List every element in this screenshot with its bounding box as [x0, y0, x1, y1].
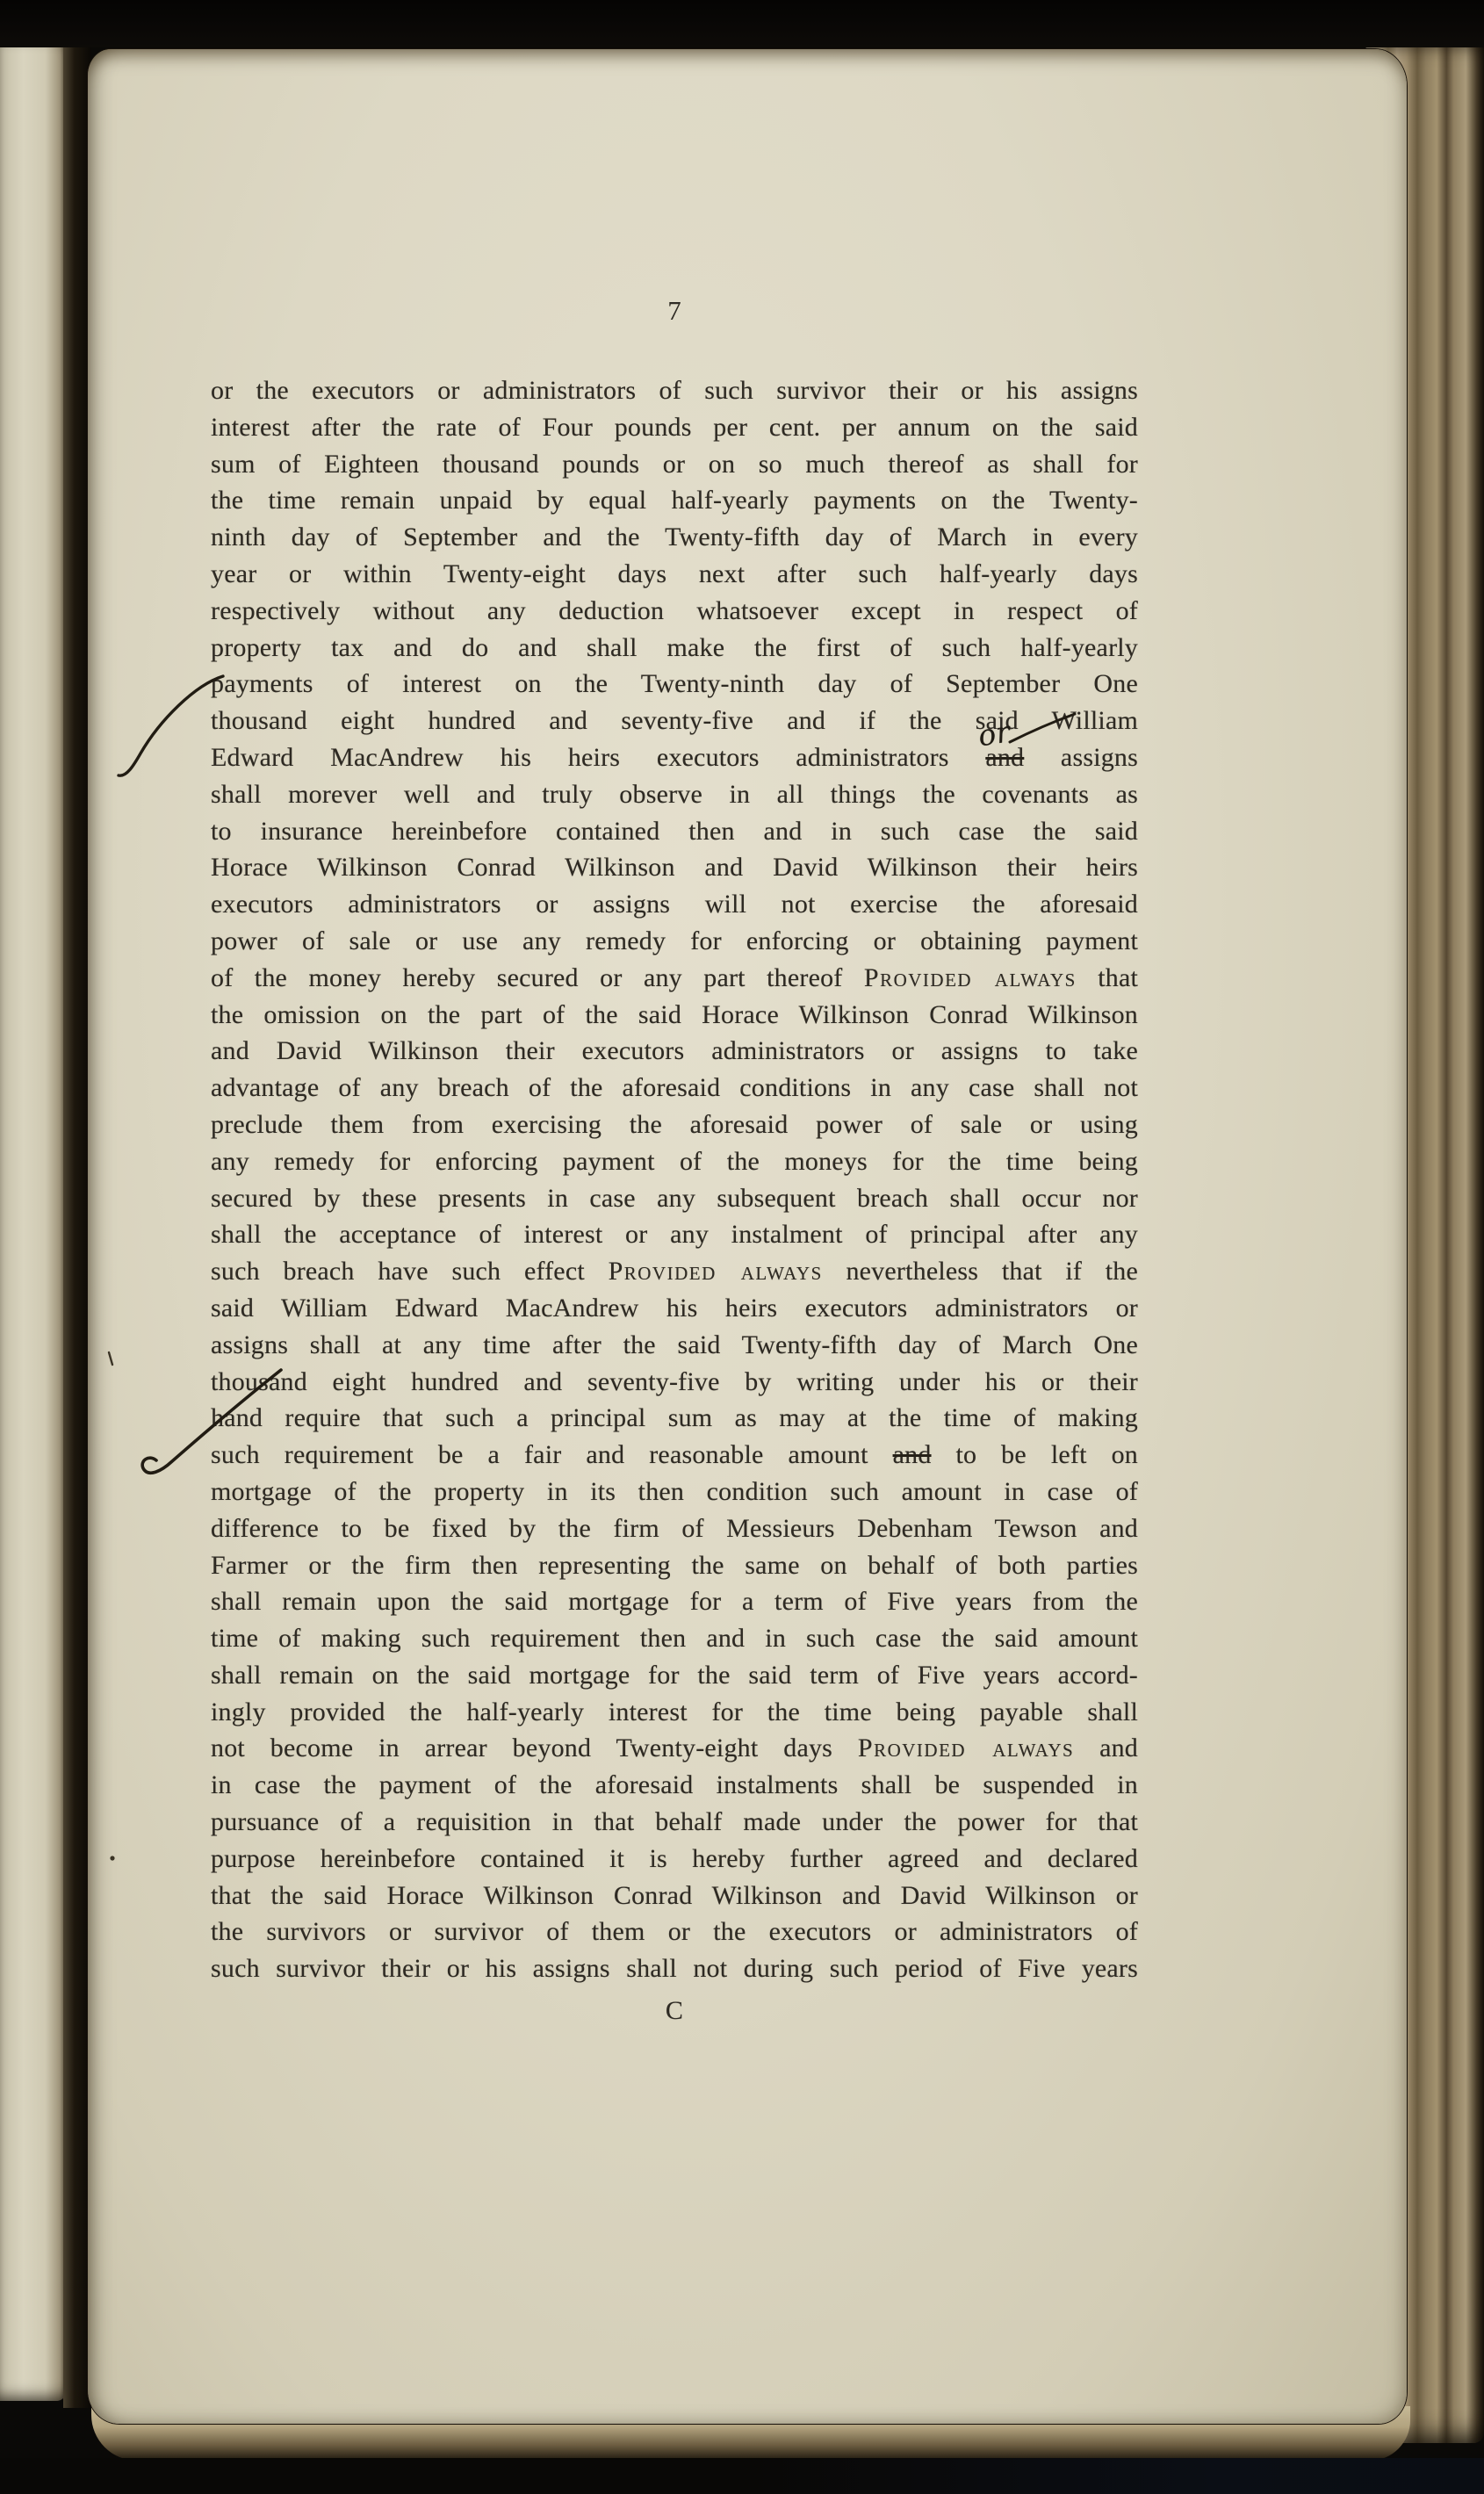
text-segment: assigns [1024, 743, 1138, 772]
text-line: year or within Twenty-eight days next af… [211, 556, 1138, 593]
text-line: in case the payment of the aforesaid ins… [211, 1767, 1138, 1804]
text-line: secured by these presents in case any su… [211, 1180, 1138, 1217]
text-segment: preclude them from exercising the afores… [211, 1110, 1138, 1139]
text-line: pursuance of a requisition in that behal… [211, 1804, 1138, 1841]
text-segment: of the money hereby secured or any part … [211, 963, 864, 992]
text-segment: shall the acceptance of interest or any … [211, 1220, 1138, 1249]
small-caps-phrase: Provided always [858, 1734, 1074, 1762]
text-segment: mortgage of the property in its then con… [211, 1477, 1138, 1506]
text-segment: such requirement be a fair and reasonabl… [211, 1440, 893, 1469]
text-line: that the said Horace Wilkinson Conrad Wi… [211, 1878, 1138, 1914]
text-line: said William Edward MacAndrew his heirs … [211, 1290, 1138, 1327]
text-line: such requirement be a fair and reasonabl… [211, 1437, 1138, 1474]
signature-mark: C [211, 1993, 1138, 2029]
page-number: 7 [211, 295, 1138, 327]
text-line: assigns shall at any time after the said… [211, 1327, 1138, 1364]
text-line: purpose hereinbefore contained it is her… [211, 1841, 1138, 1878]
text-segment: that the said Horace Wilkinson Conrad Wi… [211, 1881, 1138, 1910]
text-line: or the executors or administrators of su… [211, 372, 1138, 409]
text-segment: secured by these presents in case any su… [211, 1184, 1138, 1213]
text-segment: sum of Eighteen thousand pounds or on so… [211, 450, 1138, 479]
small-caps-phrase: Provided always [609, 1257, 823, 1286]
text-segment: and [1074, 1734, 1138, 1762]
text-line: mortgage of the property in its then con… [211, 1474, 1138, 1510]
text-line: respectively without any deduction whats… [211, 593, 1138, 630]
text-segment: in case the payment of the aforesaid ins… [211, 1770, 1138, 1799]
text-segment: shall morever well and truly observe in … [211, 780, 1138, 809]
text-segment: that [1077, 963, 1138, 992]
text-segment: interest after the rate of Four pounds p… [211, 413, 1138, 442]
text-segment: hand require that such a principal sum a… [211, 1403, 1138, 1432]
struck-word: and [893, 1440, 932, 1469]
text-block: or the executors or administrators of su… [211, 372, 1138, 2029]
text-line: time of making such requirement then and… [211, 1620, 1138, 1657]
text-line: executors administrators or assigns will… [211, 886, 1138, 923]
text-line: shall remain on the said mortgage for th… [211, 1657, 1138, 1694]
text-line: the survivors or survivor of them or the… [211, 1914, 1138, 1950]
text-segment: Edward MacAndrew his heirs executors adm… [211, 743, 985, 772]
text-line: property tax and do and shall make the f… [211, 630, 1138, 667]
text-line: preclude them from exercising the afores… [211, 1106, 1138, 1143]
text-segment: to be left on [932, 1440, 1138, 1469]
text-segment: advantage of any breach of the aforesaid… [211, 1073, 1138, 1102]
text-segment: and David Wilkinson their executors admi… [211, 1036, 1138, 1065]
text-segment: any remedy for enforcing payment of the … [211, 1147, 1138, 1176]
text-segment: Horace Wilkinson Conrad Wilkinson and Da… [211, 853, 1138, 882]
text-segment: year or within Twenty-eight days next af… [211, 559, 1138, 588]
text-line: Horace Wilkinson Conrad Wilkinson and Da… [211, 849, 1138, 886]
text-line: Farmer or the firm then representing the… [211, 1547, 1138, 1584]
text-segment: shall remain on the said mortgage for th… [211, 1661, 1138, 1690]
text-line: advantage of any breach of the aforesaid… [211, 1070, 1138, 1106]
text-line: shall the acceptance of interest or any … [211, 1216, 1138, 1253]
text-line: the time remain unpaid by equal half-yea… [211, 482, 1138, 519]
text-segment: shall remain upon the said mortgage for … [211, 1587, 1138, 1616]
struck-word: andor [985, 743, 1024, 772]
background-top-band [0, 0, 1484, 47]
text-line: shall remain upon the said mortgage for … [211, 1583, 1138, 1620]
text-segment: said William Edward MacAndrew his heirs … [211, 1294, 1138, 1323]
text-segment: time of making such requirement then and… [211, 1624, 1138, 1653]
text-line: interest after the rate of Four pounds p… [211, 409, 1138, 446]
text-line: of the money hereby secured or any part … [211, 960, 1138, 997]
small-caps-phrase: Provided always [864, 963, 1077, 992]
text-segment: ninth day of September and the Twenty-fi… [211, 523, 1138, 551]
text-segment: the time remain unpaid by equal half-yea… [211, 486, 1138, 515]
text-segment: to insurance hereinbefore contained then… [211, 817, 1138, 846]
book-photo-background: 7 or the executors or administrators of … [0, 0, 1484, 2494]
text-line: thousand eight hundred and seventy-five … [211, 1364, 1138, 1401]
text-segment: or the executors or administrators of su… [211, 376, 1138, 405]
background-bottom-band [0, 2458, 1484, 2494]
text-segment: such survivor their or his assigns shall… [211, 1954, 1138, 1983]
text-segment: ingly provided the half-yearly interest … [211, 1698, 1138, 1726]
text-line: ninth day of September and the Twenty-fi… [211, 519, 1138, 556]
text-line: any remedy for enforcing payment of the … [211, 1143, 1138, 1180]
text-line: payments of interest on the Twenty-ninth… [211, 666, 1138, 703]
text-line: power of sale or use any remedy for enfo… [211, 923, 1138, 960]
text-line: shall morever well and truly observe in … [211, 776, 1138, 813]
text-segment: such breach have such effect [211, 1257, 609, 1286]
text-segment: power of sale or use any remedy for enfo… [211, 926, 1138, 955]
text-segment: pursuance of a requisition in that behal… [211, 1807, 1138, 1836]
text-line: and David Wilkinson their executors admi… [211, 1033, 1138, 1070]
text-segment: respectively without any deduction whats… [211, 596, 1138, 625]
text-line: difference to be fixed by the firm of Me… [211, 1510, 1138, 1547]
text-segment: thousand eight hundred and seventy-five … [211, 1367, 1138, 1396]
previous-page-edge [0, 35, 67, 2401]
document-page: 7 or the executors or administrators of … [88, 49, 1407, 2424]
text-segment: difference to be fixed by the firm of Me… [211, 1514, 1138, 1543]
text-segment: purpose hereinbefore contained it is her… [211, 1844, 1138, 1873]
text-line: hand require that such a principal sum a… [211, 1400, 1138, 1437]
text-segment: assigns shall at any time after the said… [211, 1330, 1138, 1359]
text-segment: property tax and do and shall make the f… [211, 633, 1138, 662]
text-line: sum of Eighteen thousand pounds or on so… [211, 446, 1138, 483]
handwritten-correction-word: or [976, 717, 1012, 750]
text-line: such survivor their or his assigns shall… [211, 1950, 1138, 1987]
text-segment: Farmer or the firm then representing the… [211, 1551, 1138, 1580]
text-line: not become in arrear beyond Twenty-eight… [211, 1730, 1138, 1767]
text-segment: executors administrators or assigns will… [211, 890, 1138, 919]
text-segment: not become in arrear beyond Twenty-eight… [211, 1734, 858, 1762]
text-segment: nevertheless that if the [823, 1257, 1138, 1286]
text-line: ingly provided the half-yearly interest … [211, 1694, 1138, 1731]
text-segment: the survivors or survivor of them or the… [211, 1917, 1138, 1946]
text-line: the omission on the part of the said Hor… [211, 997, 1138, 1034]
text-segment: payments of interest on the Twenty-ninth… [211, 669, 1138, 698]
text-line: Edward MacAndrew his heirs executors adm… [211, 739, 1138, 776]
text-line: such breach have such effect Provided al… [211, 1253, 1138, 1290]
text-line: to insurance hereinbefore contained then… [211, 813, 1138, 850]
text-segment: the omission on the part of the said Hor… [211, 1000, 1138, 1029]
